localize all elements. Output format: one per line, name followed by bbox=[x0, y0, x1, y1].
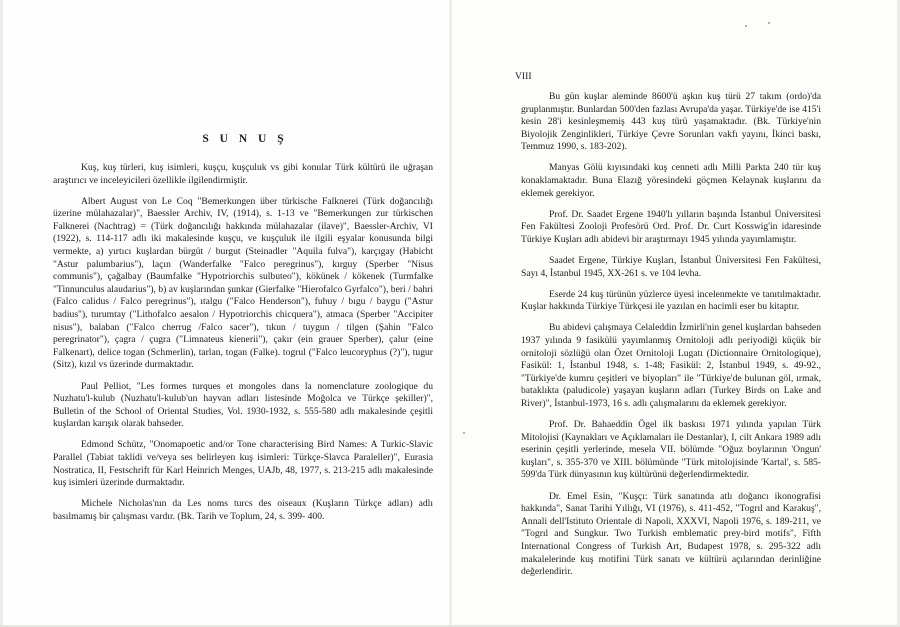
paragraph-le-coq: Albert August von Le Coq "Bemerkungen üb… bbox=[53, 196, 433, 372]
right-page-body: Bu gün kuşlar aleminde 8600'ü aşkın kuş … bbox=[521, 91, 821, 587]
left-page-body: Kuş, kuş türleri, kuş isimleri, kuşçu, k… bbox=[53, 162, 433, 532]
page-number: VIII bbox=[515, 71, 532, 82]
paragraph-bird-species: Bu gün kuşlar aleminde 8600'ü aşkın kuş … bbox=[521, 91, 821, 154]
book-spread: S U N U Ş Kuş, kuş türleri, kuş isimleri… bbox=[0, 0, 900, 627]
paragraph-nicholas: Michele Nicholas'nın da Les noms turcs d… bbox=[53, 498, 433, 523]
paragraph-ergene-citation: Saadet Ergene, Türkiye Kuşları, İstanbul… bbox=[521, 255, 821, 280]
paragraph-schutz: Edmond Schütz, "Onomapoetic and/or Tone … bbox=[53, 439, 433, 489]
paragraph-eserde: Eserde 24 kuş türünün yüzlerce üyesi inc… bbox=[521, 289, 821, 314]
paragraph-manyas: Manyas Gölü kıyısındaki kuş cenneti adlı… bbox=[521, 162, 821, 200]
section-title: S U N U Ş bbox=[60, 133, 430, 145]
page-edge-left bbox=[0, 0, 3, 627]
paragraph-intro: Kuş, kuş türleri, kuş isimleri, kuşçu, k… bbox=[53, 162, 433, 187]
paper-speck bbox=[768, 22, 770, 24]
paragraph-izmirli: Bu abidevi çalışmaya Celaleddin İzmirli'… bbox=[521, 322, 821, 410]
paper-speck bbox=[745, 25, 747, 27]
paragraph-ogel: Prof. Dr. Bahaeddin Ögel ilk baskısı 197… bbox=[521, 419, 821, 482]
paragraph-pelliot: Paul Pelliot, "Les formes turques et mon… bbox=[53, 381, 433, 431]
paragraph-ergene: Prof. Dr. Saadet Ergene 1940'lı yılların… bbox=[521, 209, 821, 247]
paper-speck bbox=[463, 432, 465, 434]
left-page: S U N U Ş Kuş, kuş türleri, kuş isimleri… bbox=[0, 0, 452, 627]
paragraph-esin: Dr. Emel Esin, "Kuşçı: Türk sanatında at… bbox=[521, 491, 821, 579]
